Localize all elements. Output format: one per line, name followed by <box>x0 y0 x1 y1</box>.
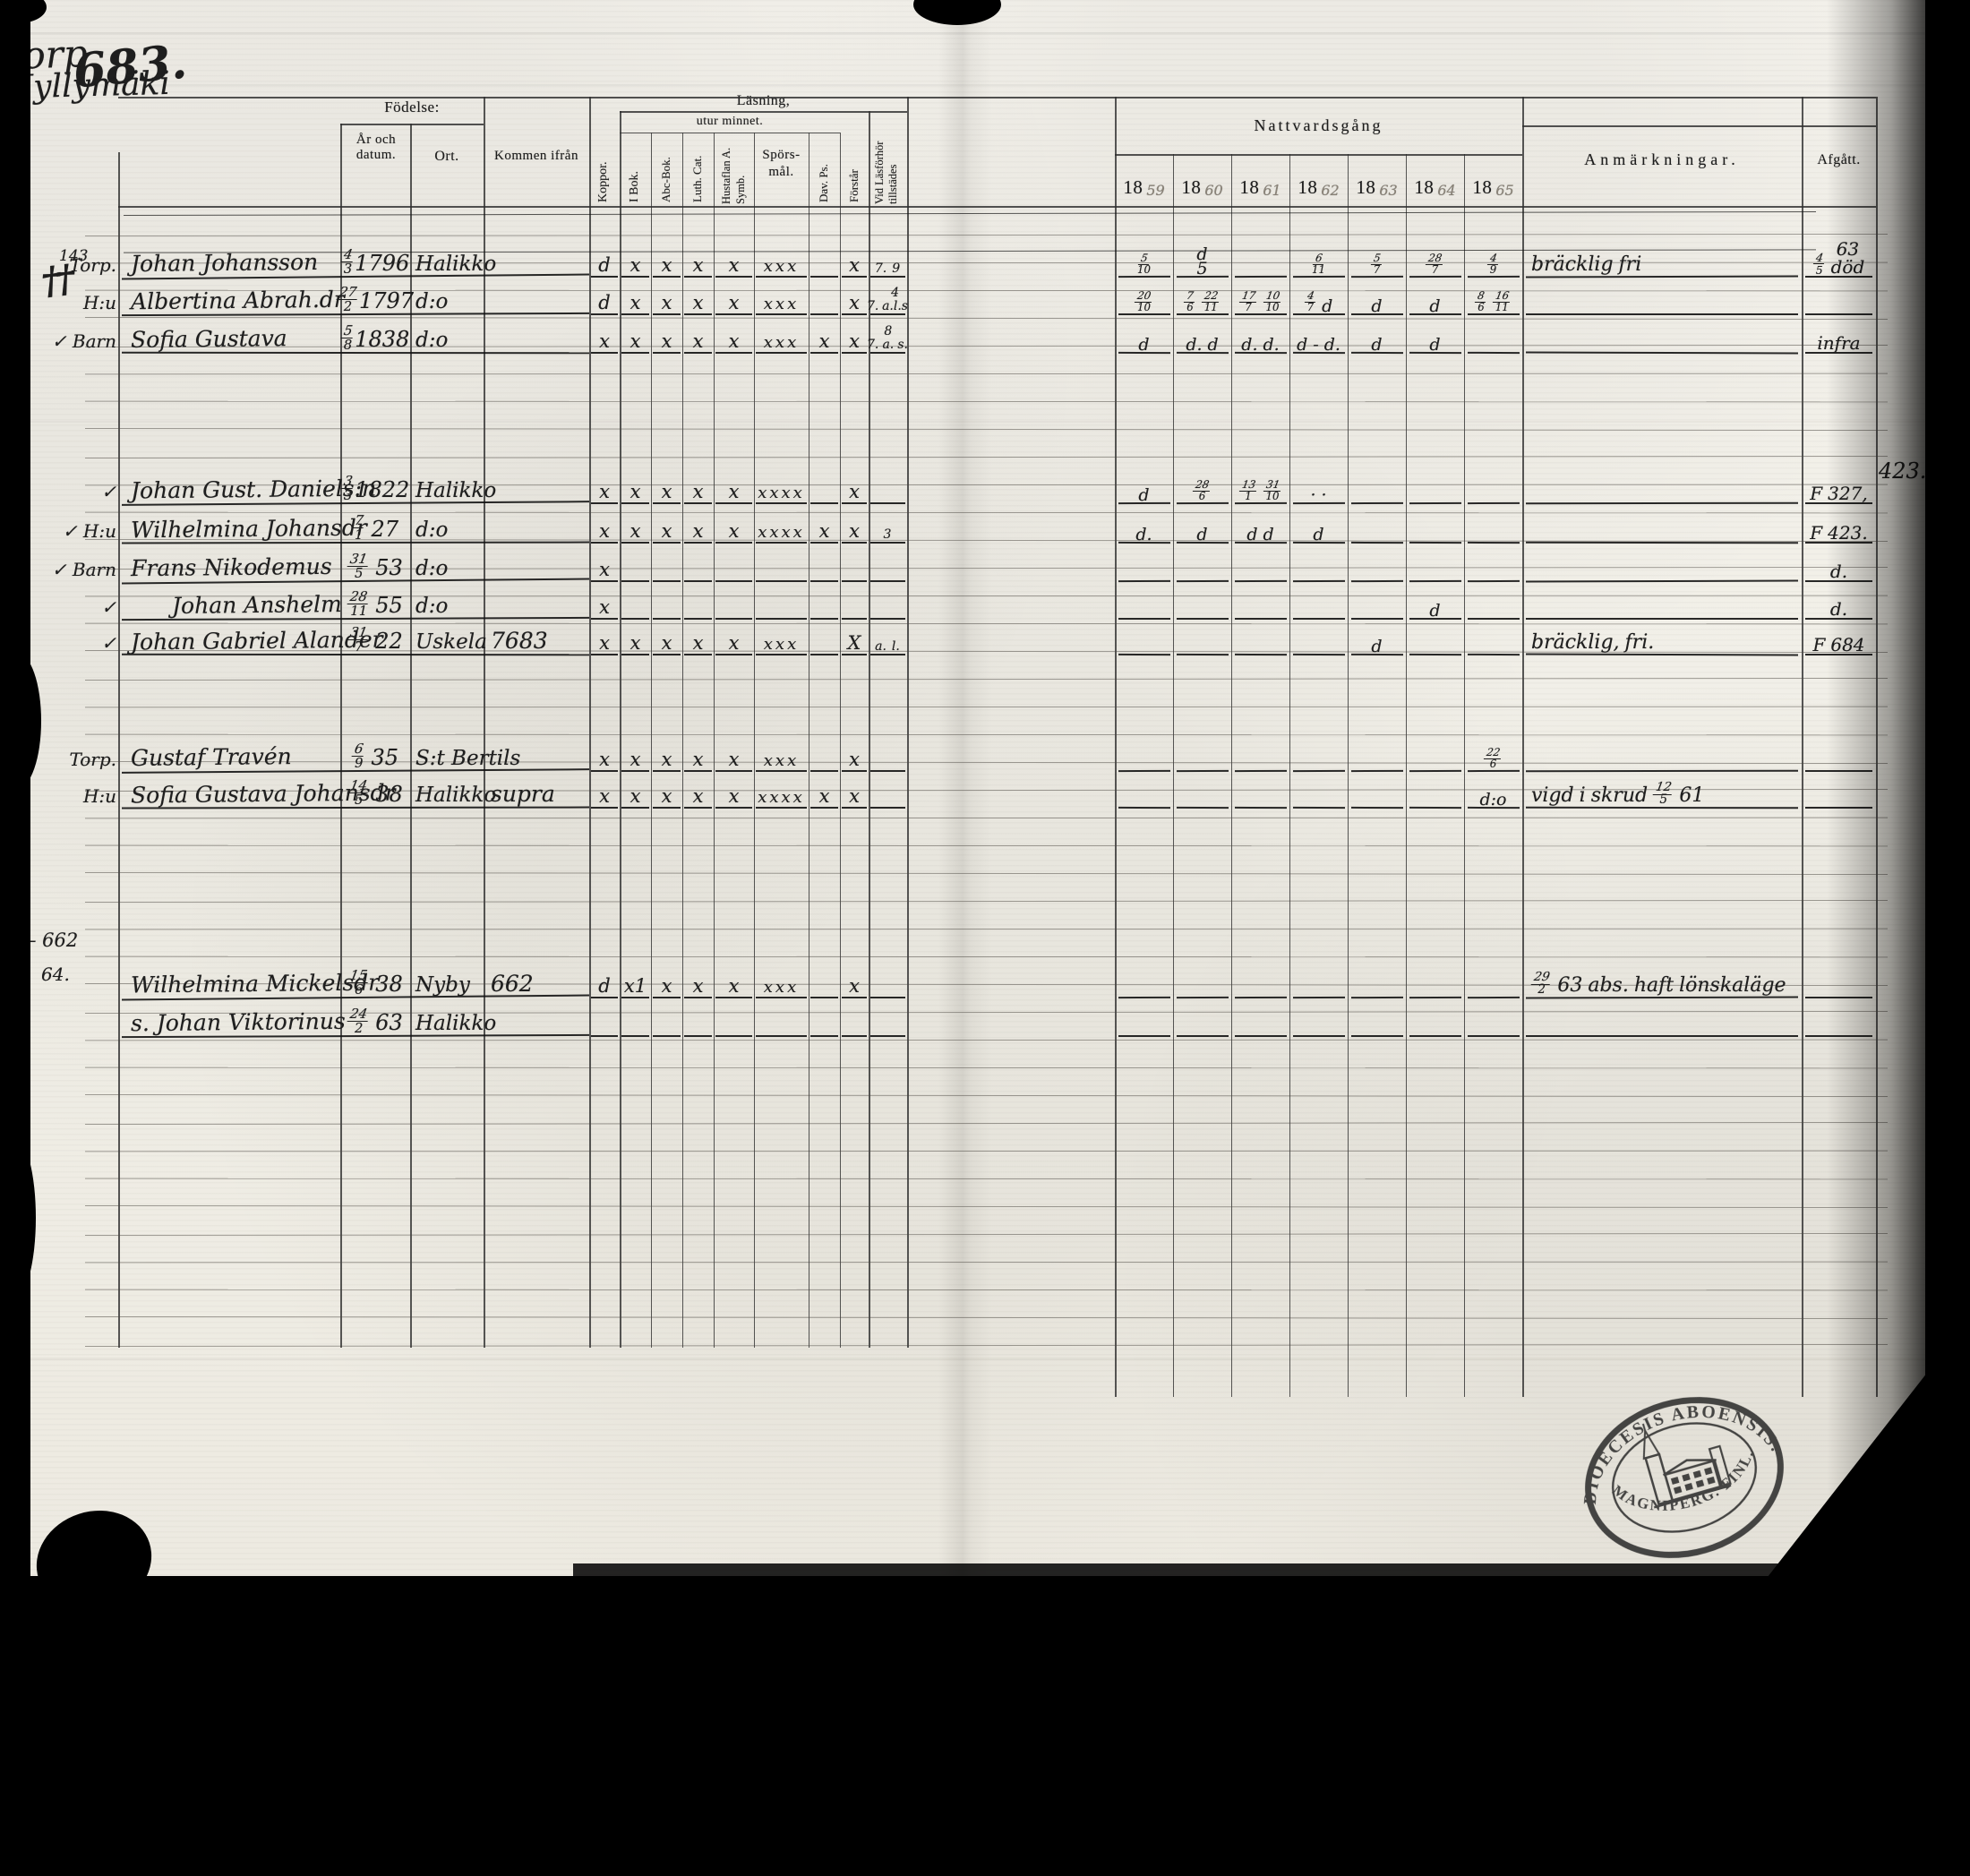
reading-mark: xxx <box>754 327 809 352</box>
communion-mark: d5 <box>1173 245 1231 276</box>
communion-mark: 510 <box>1115 245 1173 276</box>
reading-mark: x <box>682 288 714 313</box>
reading-mark: x <box>682 517 714 542</box>
reading-mark: x <box>682 972 714 997</box>
scan-streak <box>0 421 1970 423</box>
birth-date: 15638 <box>342 966 408 997</box>
communion-mark: ·· <box>1289 472 1348 502</box>
communion-mark: 49 <box>1464 245 1522 276</box>
cell-baseline <box>715 997 752 998</box>
header-forstar: Förstår <box>847 136 861 202</box>
header-fodelse: Födelse: <box>340 99 484 116</box>
cell-baseline <box>715 1035 752 1037</box>
cell-baseline <box>1235 542 1287 544</box>
cell-baseline <box>621 654 649 655</box>
header-utur-minnet: utur minnet. <box>620 115 840 129</box>
cell-baseline <box>1118 276 1170 278</box>
scan-edge-bottom <box>573 1563 1970 1576</box>
communion-mark: d <box>1348 321 1406 352</box>
cell-baseline <box>1409 654 1461 655</box>
cell-baseline <box>653 542 681 544</box>
birth-date: 14538 <box>342 776 408 807</box>
birth-date: 7127 <box>342 511 408 542</box>
cell-baseline <box>591 770 618 772</box>
birth-place: Nyby <box>415 968 470 997</box>
reading-mark: x <box>682 782 714 807</box>
cell-baseline <box>621 542 649 544</box>
birth-place: d:o <box>415 513 448 542</box>
reading-mark: x <box>714 745 754 770</box>
cell-baseline <box>842 502 867 504</box>
column-line <box>1464 154 1465 1397</box>
cell-baseline <box>684 502 712 504</box>
cell-baseline <box>756 654 807 655</box>
column-line <box>1802 97 1803 1397</box>
cell-baseline <box>842 997 867 998</box>
communion-mark: d <box>1348 623 1406 654</box>
birth-place: S:t Bertils <box>415 741 520 770</box>
cell-baseline <box>842 580 867 582</box>
exam-note: a.l. <box>867 623 908 654</box>
cell-baseline <box>1351 502 1403 504</box>
arrival-ref: 7683 <box>491 623 548 654</box>
row-margin: Torp. <box>50 249 116 276</box>
cell-baseline <box>715 654 752 655</box>
cell-baseline <box>715 770 752 772</box>
cell-baseline <box>810 618 838 620</box>
entry-name: Sofia Gustava <box>131 317 287 353</box>
cell-baseline <box>756 502 807 504</box>
communion-mark: d.d. <box>1231 321 1289 352</box>
cell-baseline <box>1526 1035 1798 1037</box>
cell-baseline <box>684 770 712 772</box>
cell-baseline <box>1468 313 1520 315</box>
cell-baseline <box>756 1035 807 1037</box>
birth-date: 331822 <box>342 472 408 502</box>
reading-mark: d <box>589 972 620 997</box>
header-koppor: Koppor. <box>596 102 611 202</box>
reading-mark: x <box>589 629 620 654</box>
reading-mark: x <box>589 745 620 770</box>
reading-mark: xxxx <box>754 517 809 542</box>
remark: bräckligfri <box>1531 247 1641 276</box>
reading-mark: x <box>714 288 754 313</box>
ruled-line <box>1115 154 1522 156</box>
cell-baseline <box>870 618 905 620</box>
cell-baseline <box>591 502 618 504</box>
cell-baseline <box>810 502 838 504</box>
cell-baseline <box>1293 313 1345 315</box>
cell-baseline <box>1177 502 1229 504</box>
arrival-ref: 662 <box>491 966 534 997</box>
reading-mark: x <box>809 782 840 807</box>
cell-baseline <box>591 276 618 278</box>
cell-baseline <box>1351 770 1403 772</box>
reading-mark: xxxx <box>754 782 809 807</box>
cell-baseline <box>684 807 712 809</box>
cell-baseline <box>1177 352 1229 354</box>
reading-mark: x <box>651 327 682 352</box>
cell-baseline <box>842 654 867 655</box>
cell-baseline <box>1177 807 1229 809</box>
reading-mark: x <box>840 477 869 502</box>
cell-baseline <box>1177 313 1229 315</box>
reading-mark: x <box>651 288 682 313</box>
exam-note: 3 <box>867 511 908 542</box>
reading-mark: x1 <box>620 972 651 997</box>
reading-mark: x <box>840 251 869 276</box>
ruled-line <box>340 124 484 125</box>
communion-year-header: 1859 <box>1115 167 1173 199</box>
cell-baseline <box>756 542 807 544</box>
communion-mark: 287 <box>1406 245 1464 276</box>
reading-mark: x <box>809 517 840 542</box>
reading-mark: x <box>840 288 869 313</box>
cell-baseline <box>1409 997 1461 998</box>
cell-baseline <box>1293 807 1345 809</box>
entry-name: Wilhelmina Johansdr <box>131 507 367 544</box>
column-line <box>484 97 485 1348</box>
birth-date: 31722 <box>342 623 408 654</box>
exam-note: 7.8a.s. <box>867 321 908 352</box>
cell-baseline <box>1235 770 1287 772</box>
cell-baseline <box>1409 580 1461 582</box>
cell-baseline <box>621 997 649 998</box>
communion-mark: 57 <box>1348 245 1406 276</box>
birth-place: Uskela <box>415 625 487 654</box>
cell-baseline <box>1118 654 1170 655</box>
header-vid-lasforhor: Vid Läsförhör tillstädes <box>873 102 902 204</box>
cell-baseline <box>870 313 905 315</box>
cell-baseline <box>1468 618 1520 620</box>
entry-name: Gustaf Travén <box>131 735 292 771</box>
communion-year-header: 1863 <box>1348 167 1406 199</box>
cell-baseline <box>842 276 867 278</box>
cell-baseline <box>1526 313 1798 315</box>
reading-mark: xxx <box>754 288 809 313</box>
cell-baseline <box>756 618 807 620</box>
cell-baseline <box>810 276 838 278</box>
communion-mark: 286 <box>1173 472 1231 502</box>
cell-baseline <box>1235 276 1287 278</box>
cell-baseline <box>1118 807 1170 809</box>
reading-mark: x <box>589 477 620 502</box>
header-nattvardsgang: Nattvardsgång <box>1115 116 1522 135</box>
reading-mark: x <box>620 629 651 654</box>
cell-baseline <box>842 542 867 544</box>
cell-baseline <box>591 807 618 809</box>
cell-baseline <box>810 997 838 998</box>
cell-baseline <box>1409 770 1461 772</box>
reading-mark: x <box>620 251 651 276</box>
cell-baseline <box>870 542 905 544</box>
cell-baseline <box>756 580 807 582</box>
cell-baseline <box>591 352 618 354</box>
entry-name: Johan Anshelm <box>172 583 342 619</box>
cell-baseline <box>621 807 649 809</box>
cell-baseline <box>1409 276 1461 278</box>
reading-mark: x <box>589 555 620 580</box>
communion-mark: 47d <box>1289 283 1348 313</box>
reading-mark: x <box>620 327 651 352</box>
communion-mark: d <box>1348 283 1406 313</box>
reading-mark: xxx <box>754 972 809 997</box>
communion-mark: dd <box>1231 511 1289 542</box>
communion-mark: d <box>1406 321 1464 352</box>
reading-mark: xxx <box>754 251 809 276</box>
birth-place: d:o <box>415 589 448 618</box>
reading-mark: xxx <box>754 745 809 770</box>
cell-baseline <box>1118 580 1170 582</box>
birth-place: d:o <box>415 323 448 352</box>
cell-baseline <box>1468 542 1520 544</box>
cell-baseline <box>684 654 712 655</box>
cell-baseline <box>621 770 649 772</box>
book-fold-shadow <box>938 0 992 1576</box>
cell-baseline <box>684 1035 712 1037</box>
cell-baseline <box>621 276 649 278</box>
cell-baseline <box>1526 618 1798 620</box>
reading-mark: x <box>589 327 620 352</box>
cell-baseline <box>684 542 712 544</box>
cell-baseline <box>684 276 712 278</box>
birth-place: Halikko <box>415 474 496 502</box>
row-margin: ✓ <box>50 591 116 618</box>
cell-baseline <box>870 997 905 998</box>
reading-mark: x <box>620 517 651 542</box>
cell-baseline <box>1177 618 1229 620</box>
cell-baseline <box>621 580 649 582</box>
reading-mark: x <box>651 629 682 654</box>
cell-baseline <box>684 580 712 582</box>
entry-name: Frans Nikodemus <box>131 545 332 581</box>
cell-baseline <box>870 807 905 809</box>
reading-mark: d <box>589 251 620 276</box>
cell-baseline <box>1293 618 1345 620</box>
cell-baseline <box>1177 770 1229 772</box>
ruled-line <box>620 111 907 113</box>
cell-baseline <box>810 770 838 772</box>
header-luth-cat: Luth. Cat. <box>690 136 705 202</box>
reading-mark: xxx <box>754 629 809 654</box>
communion-mark: 2010 <box>1115 283 1173 313</box>
cell-baseline <box>621 1035 649 1037</box>
communion-mark: 861611 <box>1464 283 1522 313</box>
cell-baseline <box>1293 770 1345 772</box>
cell-baseline <box>1351 1035 1403 1037</box>
cell-baseline <box>1177 997 1229 998</box>
reading-mark: x <box>682 327 714 352</box>
row-margin: ✓ H:u <box>50 515 116 542</box>
communion-mark: d <box>1115 321 1173 352</box>
margin-note-64: 64. <box>41 964 70 985</box>
cell-baseline <box>810 313 838 315</box>
birth-date: 2721797 <box>342 283 408 313</box>
arrival-ref: supra <box>491 776 555 807</box>
remark: 29263abs.haftlönskaläge <box>1531 968 1786 997</box>
communion-mark: d <box>1115 472 1173 502</box>
cell-baseline <box>870 502 905 504</box>
column-line <box>118 152 120 1348</box>
reading-mark: x <box>840 327 869 352</box>
scan-edge-left <box>0 0 30 1576</box>
communion-mark: d. <box>1115 511 1173 542</box>
cell-baseline <box>653 1035 681 1037</box>
cell-baseline <box>653 276 681 278</box>
birth-place: d:o <box>415 552 448 580</box>
cell-baseline <box>715 580 752 582</box>
cell-baseline <box>1468 770 1520 772</box>
communion-mark: d:o <box>1464 776 1522 807</box>
reading-mark: x <box>651 972 682 997</box>
cell-baseline <box>715 276 752 278</box>
cell-baseline <box>653 580 681 582</box>
cell-baseline <box>842 618 867 620</box>
cell-baseline <box>1235 654 1287 655</box>
cell-baseline <box>756 276 807 278</box>
row-margin: Torp. <box>50 743 116 770</box>
cell-baseline <box>715 502 752 504</box>
cell-baseline <box>1235 618 1287 620</box>
cell-baseline <box>1468 352 1520 354</box>
birth-date: 24263 <box>342 1005 408 1035</box>
cell-baseline <box>1235 313 1287 315</box>
header-ort: Ort. <box>410 149 484 165</box>
remark: bräcklig,fri. <box>1531 625 1654 654</box>
cell-baseline <box>621 502 649 504</box>
birth-date: 431796 <box>342 245 408 276</box>
cell-baseline <box>621 313 649 315</box>
row-margin: ✓ <box>50 475 116 502</box>
cell-baseline <box>653 618 681 620</box>
birth-place: Halikko <box>415 247 496 276</box>
cell-baseline <box>1118 313 1170 315</box>
cell-baseline <box>1293 502 1345 504</box>
cell-baseline <box>715 313 752 315</box>
cell-baseline <box>870 352 905 354</box>
cell-baseline <box>1351 618 1403 620</box>
reading-mark: x <box>714 327 754 352</box>
reading-mark: x <box>714 782 754 807</box>
cell-baseline <box>842 770 867 772</box>
communion-mark: 611 <box>1289 245 1348 276</box>
row-margin: ✓ Barn <box>50 553 116 580</box>
scanned-ledger-page: 683. 143 †† 423. – 662 64. Födelse: År o… <box>0 0 1970 1576</box>
cell-baseline <box>1468 1035 1520 1037</box>
header-sporsmal: Spörs-mål. <box>754 147 809 181</box>
reading-mark: x <box>589 782 620 807</box>
cell-baseline <box>1351 580 1403 582</box>
column-line <box>589 97 591 1348</box>
exam-note: 7.4a.l.s <box>867 283 908 313</box>
communion-mark: d <box>1289 511 1348 542</box>
cell-baseline <box>842 1035 867 1037</box>
cell-baseline <box>1235 1035 1287 1037</box>
reading-mark: x <box>714 629 754 654</box>
reading-mark: x <box>651 477 682 502</box>
cell-baseline <box>810 1035 838 1037</box>
ruled-line <box>118 206 1876 208</box>
cell-baseline <box>1118 1035 1170 1037</box>
reading-mark: x <box>714 972 754 997</box>
cell-baseline <box>715 618 752 620</box>
reading-mark: x <box>682 745 714 770</box>
birth-place: Halikko <box>415 778 496 807</box>
birth-date: 281155 <box>342 587 408 618</box>
cell-baseline <box>653 313 681 315</box>
row-margin: H:u <box>50 780 116 807</box>
entry-name: Johan Gust. Daniels:n <box>131 467 377 504</box>
cell-baseline <box>1409 502 1461 504</box>
cell-baseline <box>810 352 838 354</box>
communion-year-header: 1862 <box>1289 167 1348 199</box>
cell-baseline <box>653 807 681 809</box>
birth-date: 6935 <box>342 740 408 770</box>
cell-baseline <box>756 807 807 809</box>
cell-baseline <box>1118 618 1170 620</box>
cell-baseline <box>1468 654 1520 655</box>
cell-baseline <box>591 1035 618 1037</box>
cell-baseline <box>1293 1035 1345 1037</box>
row-margin: ✓ <box>50 627 116 654</box>
reading-mark: x <box>809 327 840 352</box>
cell-baseline <box>653 502 681 504</box>
cell-baseline <box>1293 276 1345 278</box>
cell-baseline <box>621 618 649 620</box>
cell-baseline <box>1468 502 1520 504</box>
cell-baseline <box>810 654 838 655</box>
cell-baseline <box>1177 1035 1229 1037</box>
reading-mark: x <box>840 745 869 770</box>
exam-note: 7.9 <box>867 245 908 276</box>
birth-date: 31553 <box>342 550 408 580</box>
cell-baseline <box>1351 542 1403 544</box>
cell-baseline <box>870 770 905 772</box>
scan-edge-right-shadow <box>1827 0 1934 1576</box>
reading-mark: x <box>840 782 869 807</box>
header-anmarkningar: Anmärkningar. <box>1522 150 1802 169</box>
cell-baseline <box>1293 654 1345 655</box>
cell-baseline <box>1409 807 1461 809</box>
cell-baseline <box>1293 997 1345 998</box>
cell-baseline <box>1177 654 1229 655</box>
cell-baseline <box>591 542 618 544</box>
cell-baseline <box>842 807 867 809</box>
cell-baseline <box>591 997 618 998</box>
ruled-line <box>1522 125 1876 127</box>
cell-baseline <box>715 807 752 809</box>
entry-name: Albertina Abrah.dr <box>131 278 345 314</box>
cell-baseline <box>842 352 867 354</box>
cell-baseline <box>1235 580 1287 582</box>
reading-mark: x <box>651 745 682 770</box>
reading-mark: x <box>840 972 869 997</box>
cell-baseline <box>870 276 905 278</box>
reading-mark: x <box>651 782 682 807</box>
communion-mark: 226 <box>1464 740 1522 770</box>
cell-baseline <box>756 313 807 315</box>
communion-mark: d.d <box>1173 321 1231 352</box>
cell-baseline <box>756 352 807 354</box>
birth-place: Halikko <box>415 1007 496 1035</box>
entry-name: s. Johan Viktorinus <box>131 1000 346 1037</box>
birth-date: 581838 <box>342 321 408 352</box>
cell-baseline <box>653 654 681 655</box>
cell-baseline <box>1177 580 1229 582</box>
cell-baseline <box>756 770 807 772</box>
communion-mark: d <box>1406 283 1464 313</box>
reading-mark: x <box>840 517 869 542</box>
